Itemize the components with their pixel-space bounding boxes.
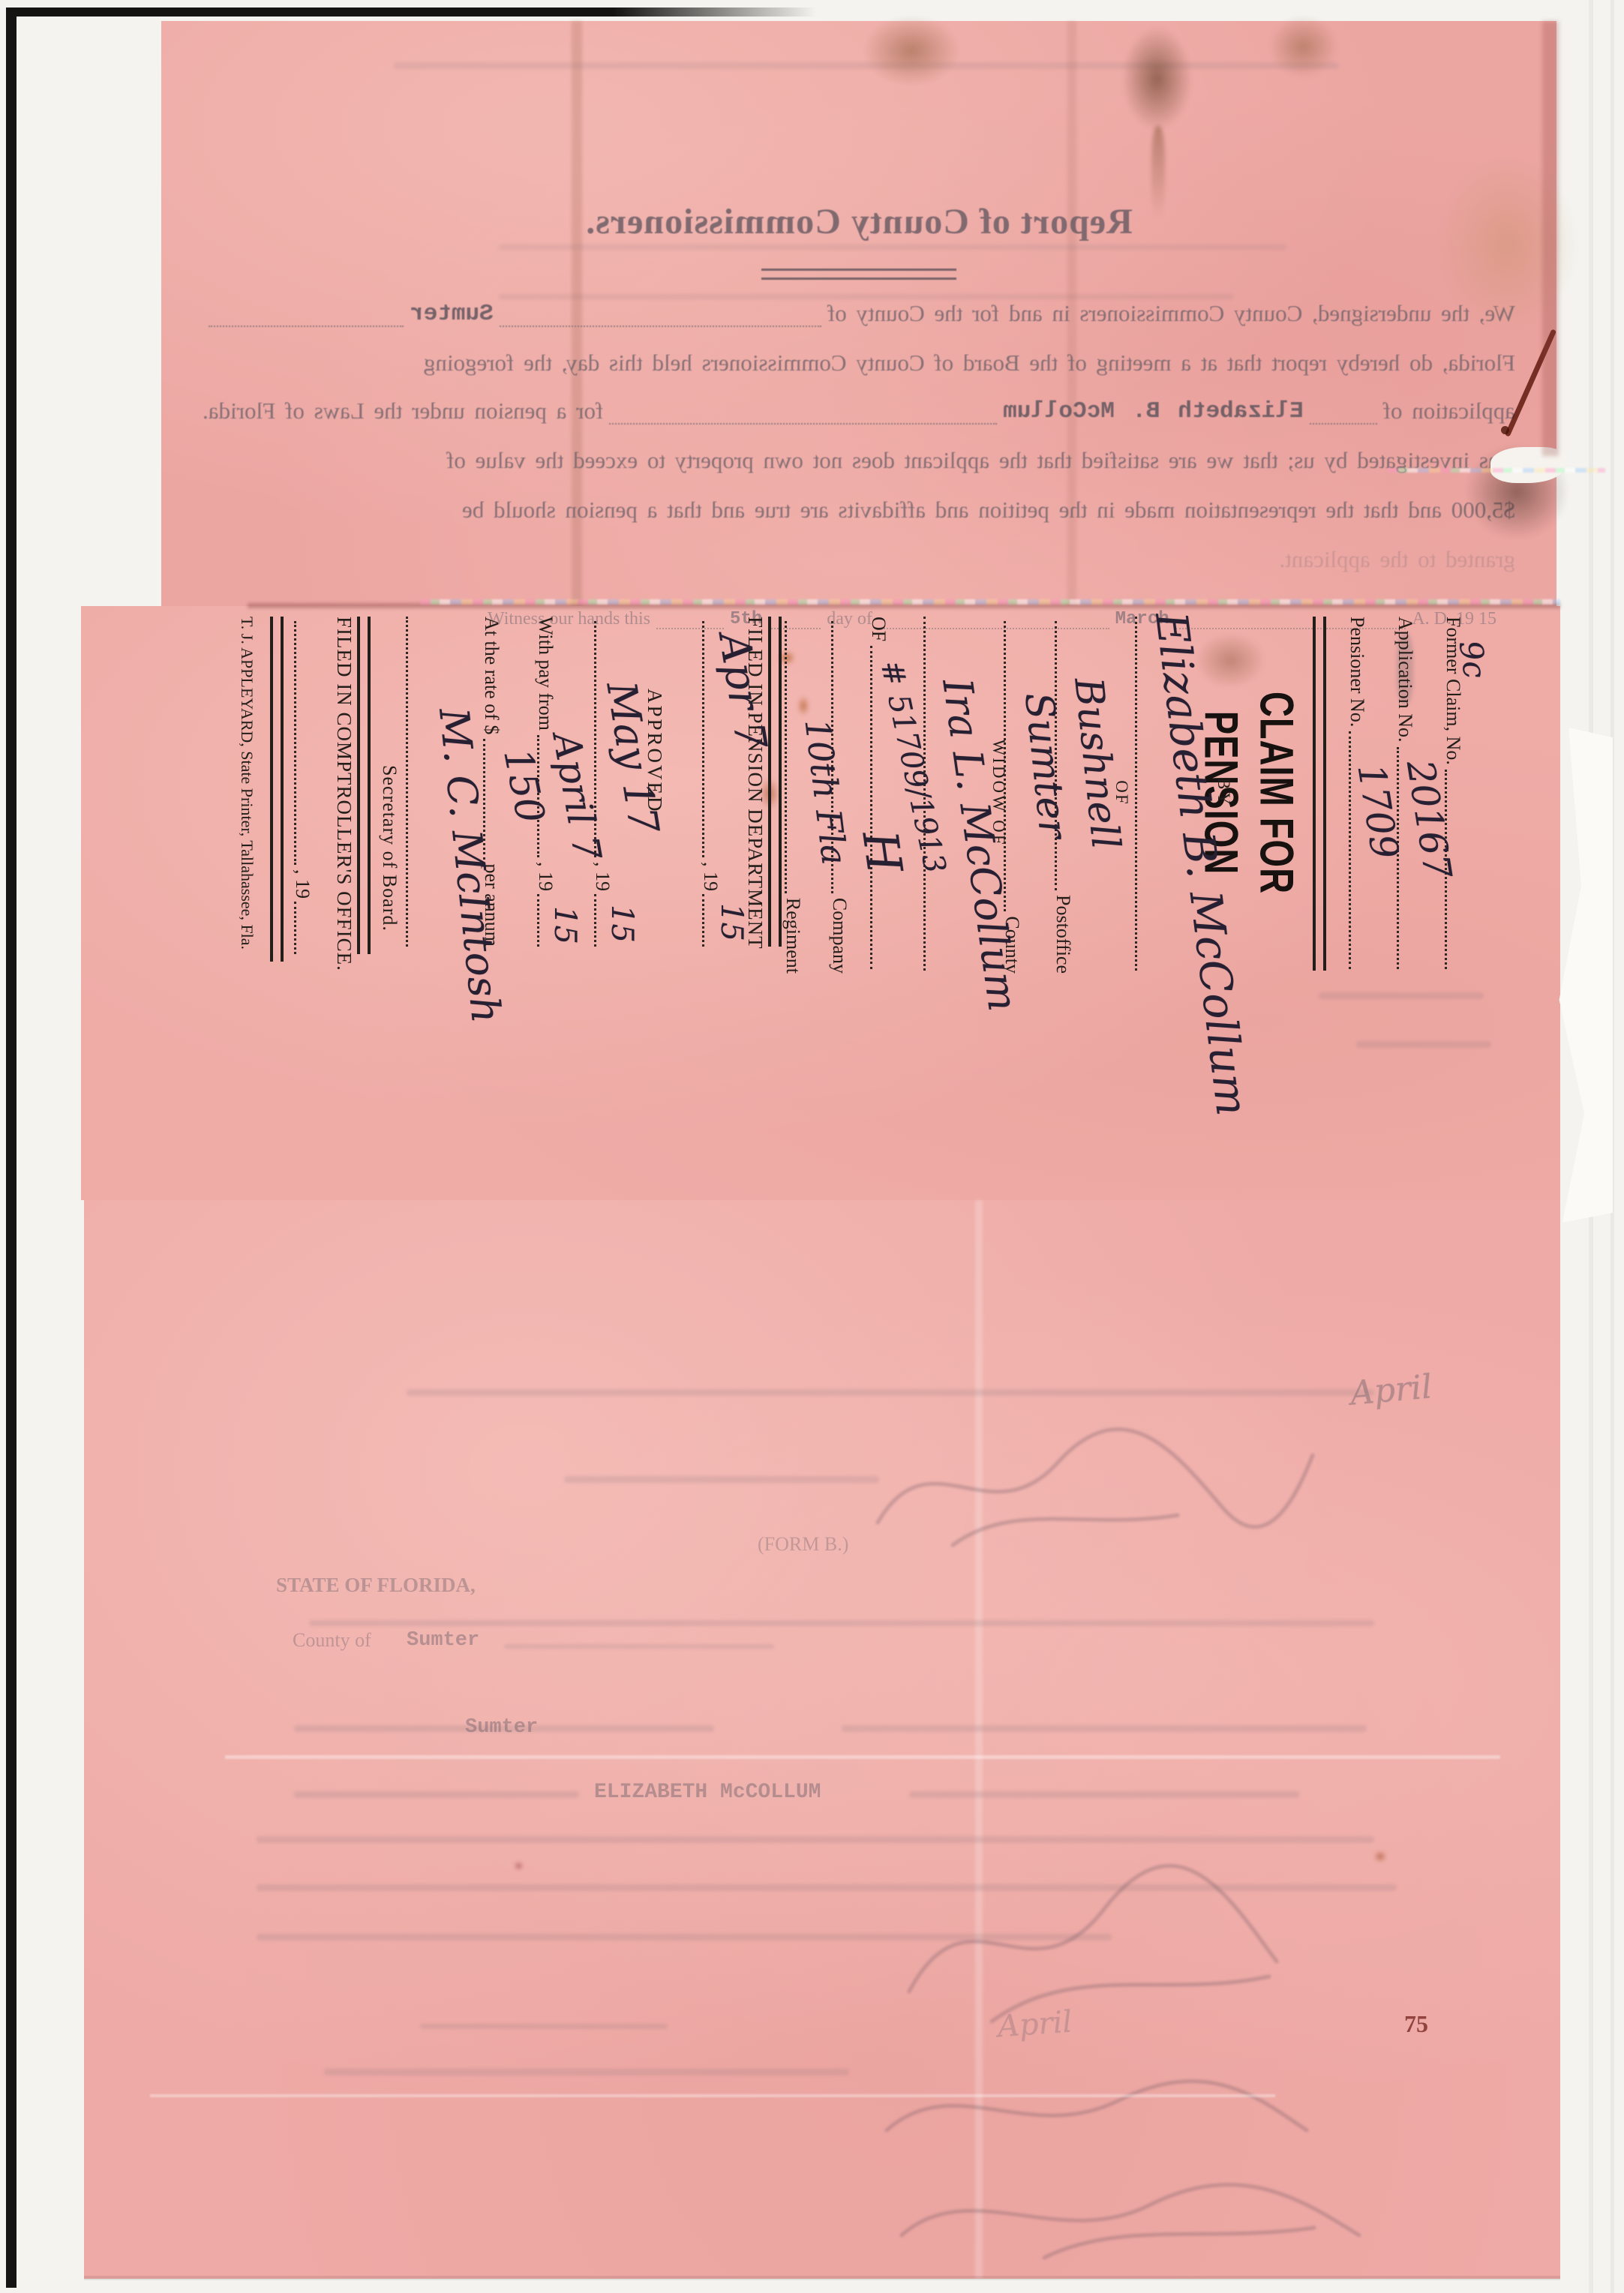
- ghost-signature: [872, 2055, 1322, 2160]
- report-line-application: application of Elizabeth B. McCollum for…: [203, 398, 1515, 425]
- paper-edge-curl: [1542, 21, 1559, 456]
- pay-from-label: With pay from: [534, 617, 557, 731]
- ink-spot: [1501, 426, 1509, 434]
- dotted-line: [294, 621, 299, 865]
- ghost-line: [324, 2069, 849, 2075]
- ghost-signature: [894, 2153, 1374, 2265]
- state-of-florida: STATE OF FLORIDA,: [276, 1574, 476, 1597]
- paper-bottom-shadow: [84, 2276, 1560, 2280]
- crease: [225, 1755, 1500, 1759]
- company-hand: H: [851, 827, 911, 877]
- dotted-line: [209, 321, 404, 327]
- ghost-signature: [879, 1849, 1299, 2025]
- of2-label: OF: [867, 617, 890, 641]
- report-title: Report of County Commissioners.: [161, 201, 1556, 242]
- postoffice-label: Postoffice: [1052, 895, 1074, 974]
- double-rule: [768, 617, 782, 947]
- mark-75: 75: [1404, 2010, 1428, 2038]
- report-line-florida: Florida, do hereby report that at a meet…: [203, 350, 1515, 377]
- comptroller-caption: FILED IN COMPTROLLER'S OFFICE.: [332, 617, 356, 971]
- report-line-county-text: We, the undersigned, County Commissioner…: [827, 300, 1515, 327]
- year-prefix: , 19: [591, 862, 614, 891]
- dotted-line: [785, 621, 790, 893]
- report-panel: Report of County Commissioners. We, the …: [161, 21, 1556, 606]
- county-of-label: County of: [293, 1629, 371, 1652]
- granted-text: granted to the applicant.: [1279, 546, 1515, 573]
- dotted-line: [609, 419, 997, 425]
- holographic-fold-glare: [420, 599, 1560, 605]
- report-line-5000: $5,000 and that the representation made …: [203, 497, 1515, 524]
- former-claim-label: Former Claim, No.: [1442, 617, 1464, 765]
- holographic-fold-glare: [1388, 468, 1605, 473]
- report-line-granted: granted to the applicant.: [203, 546, 1515, 573]
- ghost-line: [842, 1725, 1367, 1732]
- stain: [863, 15, 960, 86]
- pensioner-label: Pensioner No.: [1346, 617, 1368, 727]
- ghost-month-hand: April: [1349, 1367, 1433, 1412]
- printer-line: T. J. APPLEYARD, State Printer, Tallahas…: [237, 617, 257, 950]
- double-rule: [761, 269, 956, 280]
- ghost-line: [257, 1836, 1374, 1843]
- secretary-label: Secretary of Board.: [378, 765, 401, 932]
- ghost-line: [499, 294, 1234, 299]
- rust-dot: [515, 1862, 523, 1870]
- claim-for-pension-form: 9c Former Claim, No. Application No. 201…: [81, 606, 1560, 1195]
- report-line-florida-text: Florida, do hereby report that at a meet…: [424, 350, 1515, 377]
- ghost-line: [407, 1389, 1374, 1396]
- dotted-line: [870, 646, 875, 969]
- applicant-typed-ghost: ELIZABETH McCOLLUM: [594, 1781, 821, 1804]
- affidavit-panel: April (FORM B.) STATE OF FLORIDA, County…: [84, 1200, 1560, 2279]
- stain: [1268, 15, 1339, 79]
- application-of-text: application of: [1383, 398, 1515, 425]
- ghost-line: [499, 245, 1286, 250]
- ghost-line: [564, 1476, 879, 1483]
- form-b-caption: (FORM B.): [758, 1533, 848, 1556]
- stain-drip: [1151, 126, 1165, 220]
- double-rule: [357, 617, 371, 954]
- application-label: Application No.: [1394, 617, 1416, 743]
- dotted-line: [1310, 419, 1377, 425]
- dotted-line: [702, 621, 707, 857]
- dotted-line: [537, 894, 542, 947]
- mirrored-bleedthrough-report: Report of County Commissioners. We, the …: [161, 21, 1556, 606]
- dotted-line: [594, 894, 599, 947]
- double-rule: [1313, 617, 1326, 971]
- year-prefix: , 19: [291, 869, 314, 899]
- ghost-line: [294, 1791, 579, 1798]
- report-line-county: We, the undersigned, County Commissioner…: [203, 300, 1515, 327]
- dotted-line: [406, 617, 411, 947]
- resident-typed: Sumter: [465, 1716, 538, 1739]
- stain: [1121, 26, 1193, 131]
- approved-year-hand: 15: [605, 905, 639, 943]
- pay-year-hand: 15: [548, 906, 582, 944]
- dotted-line: [702, 894, 707, 947]
- report-line-investigated: was investigated by us; that we are sati…: [203, 447, 1515, 474]
- county-typed: Sumter: [407, 1629, 479, 1652]
- filed-year-hand: 15: [714, 903, 749, 941]
- scan-edge-top: [6, 8, 816, 17]
- dotted-line: [1135, 617, 1140, 971]
- ghost-line: [309, 1620, 1374, 1626]
- crease: [150, 2094, 1275, 2097]
- county-typed-value: Sumter: [410, 301, 494, 327]
- dotted-line: [500, 321, 821, 327]
- regiment-label: Regiment: [782, 898, 804, 974]
- double-rule: [270, 617, 284, 962]
- ghost-line: [420, 2024, 668, 2029]
- rust-dot: [1374, 1851, 1386, 1862]
- ghost-month-hand-2: April: [997, 2005, 1073, 2045]
- rate-label: At the rate of $: [480, 617, 503, 734]
- year-prefix: , 19: [534, 862, 557, 891]
- value-5000-text: $5,000 and that the representation made …: [462, 497, 1515, 524]
- ghost-line: [504, 1644, 774, 1649]
- comptroller-date-row: , 19: [291, 617, 314, 954]
- ghost-line: [909, 1791, 1299, 1798]
- scanned-document-page: { "report": { "title": "Report of County…: [0, 0, 1624, 2293]
- scan-edge-left: [6, 8, 17, 2288]
- pension-laws-text: for a pension under the Laws of Florida.: [203, 398, 603, 425]
- dotted-line: [294, 902, 299, 954]
- year-prefix: , 19: [699, 862, 722, 891]
- applicant-typed-name: Elizabeth B. McCollum: [1003, 398, 1304, 425]
- ghost-signature: [863, 1410, 1328, 1553]
- regiment-row: Regiment: [782, 617, 804, 974]
- company-label: Company: [828, 898, 851, 974]
- investigated-text: was investigated by us; that we are sati…: [446, 447, 1515, 474]
